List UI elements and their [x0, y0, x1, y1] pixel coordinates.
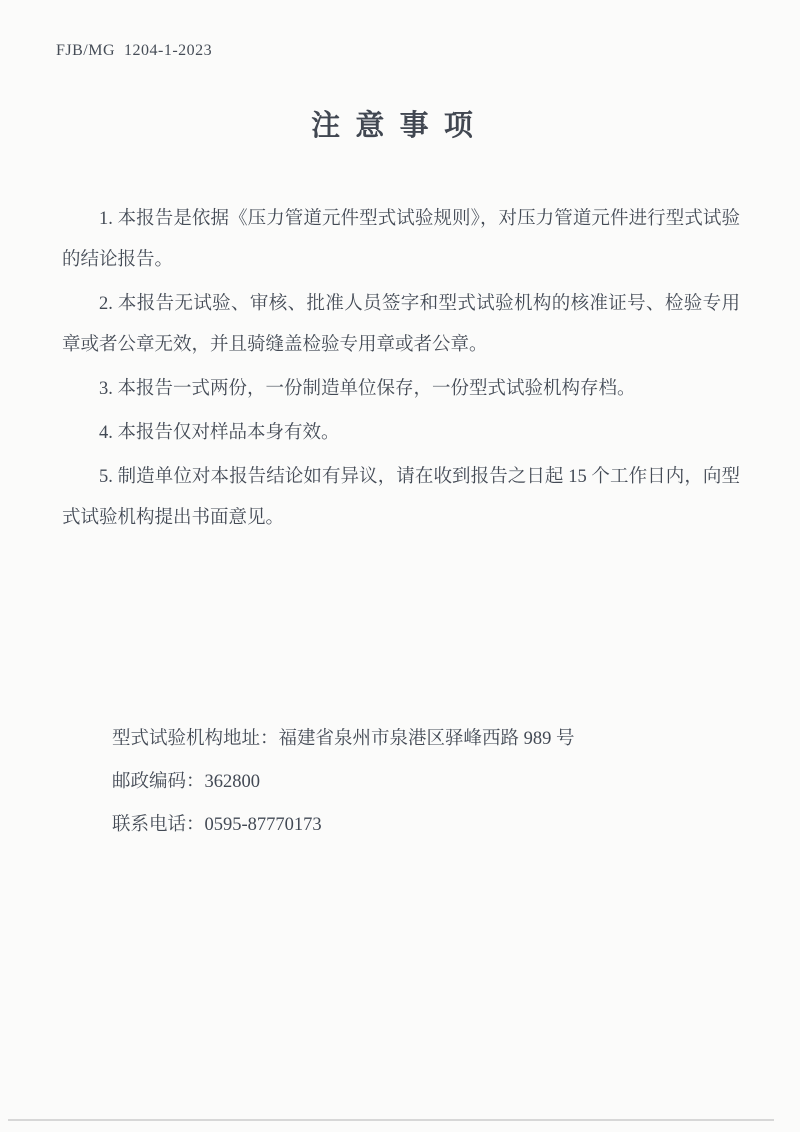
notes-section: 1. 本报告是依据《压力管道元件型式试验规则》，对压力管道元件进行型式试验的结论… [62, 199, 740, 542]
document-page: FJB/MG 1204-1-2023 注 意 事 项 1. 本报告是依据《压力管… [0, 0, 800, 1132]
doc-code: FJB/MG 1204-1-2023 [56, 42, 212, 60]
contact-phone-label: 联系电话： [112, 815, 205, 835]
contact-phone: 联系电话：0595-87770173 [112, 804, 575, 847]
page-title: 注 意 事 项 [0, 103, 788, 144]
contact-address: 型式试验机构地址：福建省泉州市泉港区驿峰西路 989 号 [112, 718, 575, 761]
contact-postal-value: 362800 [205, 772, 261, 792]
contact-address-value: 福建省泉州市泉港区驿峰西路 989 号 [279, 729, 575, 749]
note-item-1: 1. 本报告是依据《压力管道元件型式试验规则》，对压力管道元件进行型式试验的结论… [62, 199, 740, 281]
note-item-3: 3. 本报告一式两份，一份制造单位保存，一份型式试验机构存档。 [62, 369, 740, 410]
note-item-4: 4. 本报告仅对样品本身有效。 [62, 413, 740, 454]
note-item-5: 5. 制造单位对本报告结论如有异议，请在收到报告之日起 15 个工作日内，向型式… [62, 457, 740, 539]
note-item-2: 2. 本报告无试验、审核、批准人员签字和型式试验机构的核准证号、检验专用章或者公… [62, 284, 740, 366]
contact-postal-label: 邮政编码： [112, 772, 205, 792]
contact-section: 型式试验机构地址：福建省泉州市泉港区驿峰西路 989 号 邮政编码：362800… [112, 718, 575, 847]
scan-artifact-line [8, 1119, 774, 1121]
contact-address-label: 型式试验机构地址： [112, 729, 279, 749]
contact-postal-code: 邮政编码：362800 [112, 761, 575, 804]
contact-phone-value: 0595-87770173 [205, 815, 322, 835]
